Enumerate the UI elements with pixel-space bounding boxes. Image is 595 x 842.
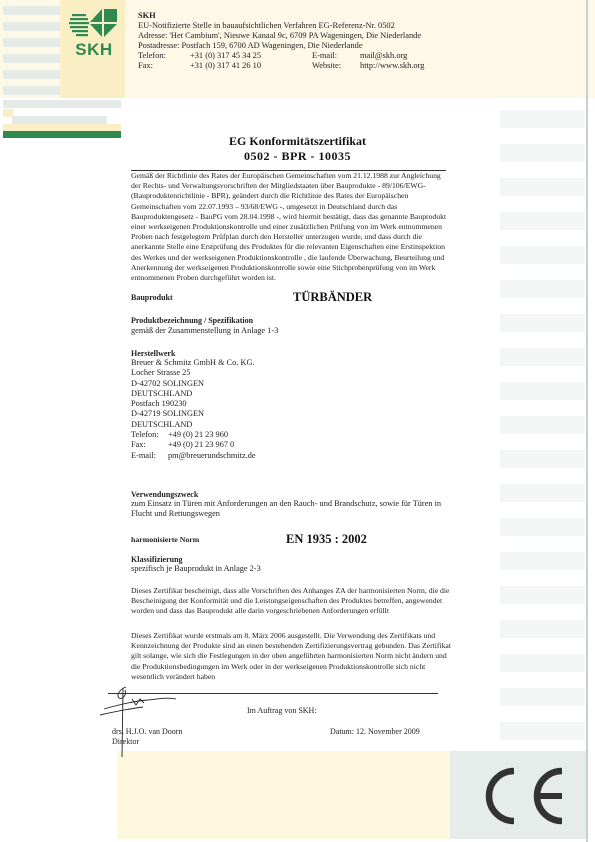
manufacturer-line: DEUTSCHLAND (131, 420, 256, 430)
logo-text: SKH (66, 40, 122, 60)
manufacturer-line: DEUTSCHLAND (131, 389, 256, 399)
issuer-fax: +31 (0) 317 41 26 10 (190, 61, 312, 71)
footer-background (117, 751, 450, 839)
decorative-stripes-lower (0, 98, 125, 130)
signatory-role: Direktor (112, 737, 139, 746)
intro-paragraph: Gemäß der Richtlinie des Rates der Europ… (131, 171, 451, 283)
phone-label: Telefon: (138, 51, 190, 61)
manufacturer-phone: +49 (0) 21 23 960 (168, 430, 228, 439)
ce-mark-icon (470, 766, 574, 826)
product-label: Bauprodukt (131, 293, 173, 302)
issuer-website[interactable]: http://www.skh.org (360, 61, 424, 70)
manufacturer-email-label: E-mail: (131, 451, 168, 461)
product-value: TÜRBÄNDER (293, 290, 372, 305)
manufacturer-email[interactable]: pm@breuerundschmitz.de (168, 451, 256, 460)
manufacturer-fax-label: Fax: (131, 440, 168, 450)
certificate-number: 0502 - BPR - 10035 (0, 149, 595, 164)
signatory-name: drs. H.J.O. van Doorn (112, 727, 182, 736)
issuer-email[interactable]: mail@skh.org (360, 51, 407, 60)
issuer-name: SKH (138, 11, 424, 21)
issuer-line-1: EU-Notifizierte Stelle in bauaufsichtlic… (138, 21, 424, 31)
norm-label: harmonisierte Norm (131, 535, 199, 544)
email-label: E-mail: (312, 51, 360, 61)
skh-logo-icon (66, 6, 122, 40)
skh-logo: SKH (66, 6, 122, 60)
manufacturer-line: D-42719 SOLINGEN (131, 409, 256, 419)
designation-label: Produktbezeichnung / Spezifikation (131, 316, 253, 325)
manufacturer-line: Postfach 190230 (131, 399, 256, 409)
manufacturer-label: Herstellwerk (131, 349, 175, 358)
fax-label: Fax: (138, 61, 190, 71)
on-behalf-text: Im Auftrag von SKH: (247, 706, 317, 715)
issue-date: Datum: 12. November 2009 (330, 727, 420, 736)
purpose-label: Verwendungszweck (131, 490, 198, 499)
classification-value: spezifisch je Bauprodukt in Anlage 2-3 (131, 564, 261, 574)
website-label: Website: (312, 61, 360, 71)
manufacturer-fax: +49 (0) 21 23 967 0 (168, 440, 234, 449)
classification-label: Klassifizierung (131, 555, 183, 564)
manufacturer-line: D-42702 SOLINGEN (131, 379, 256, 389)
signature-icon (98, 685, 193, 760)
issuer-phone: +31 (0) 317 45 34 25 (190, 51, 312, 61)
conformity-statement: Dieses Zertifikat bescheinigt, dass alle… (131, 586, 451, 617)
purpose-value: zum Einsatz in Türen mit Anforderungen a… (131, 499, 451, 520)
decorative-right-strip (500, 98, 585, 738)
manufacturer-line: Breuer & Schmitz GmbH & Co. KG. (131, 358, 256, 368)
issuer-postal-address: Postadresse: Postfach 159, 6700 AD Wagen… (138, 41, 424, 51)
issuer-info: SKH EU-Notifizierte Stelle in bauaufsich… (138, 11, 424, 71)
manufacturer-address: Breuer & Schmitz GmbH & Co. KG. Locher S… (131, 358, 256, 461)
manufacturer-line: Locher Strasse 25 (131, 368, 256, 378)
manufacturer-phone-label: Telefon: (131, 430, 168, 440)
validity-statement: Dieses Zertifikat wurde erstmals am 8. M… (131, 631, 451, 682)
norm-value: EN 1935 : 2002 (286, 532, 367, 547)
page-edge (586, 0, 588, 842)
certificate-title: EG Konformitätszertifikat (0, 134, 595, 149)
issuer-address: Adresse: 'Het Cambium', Nieuwe Kanaal 9c… (138, 31, 424, 41)
designation-value: gemäß der Zusammenstellung in Anlage 1-3 (131, 326, 278, 336)
